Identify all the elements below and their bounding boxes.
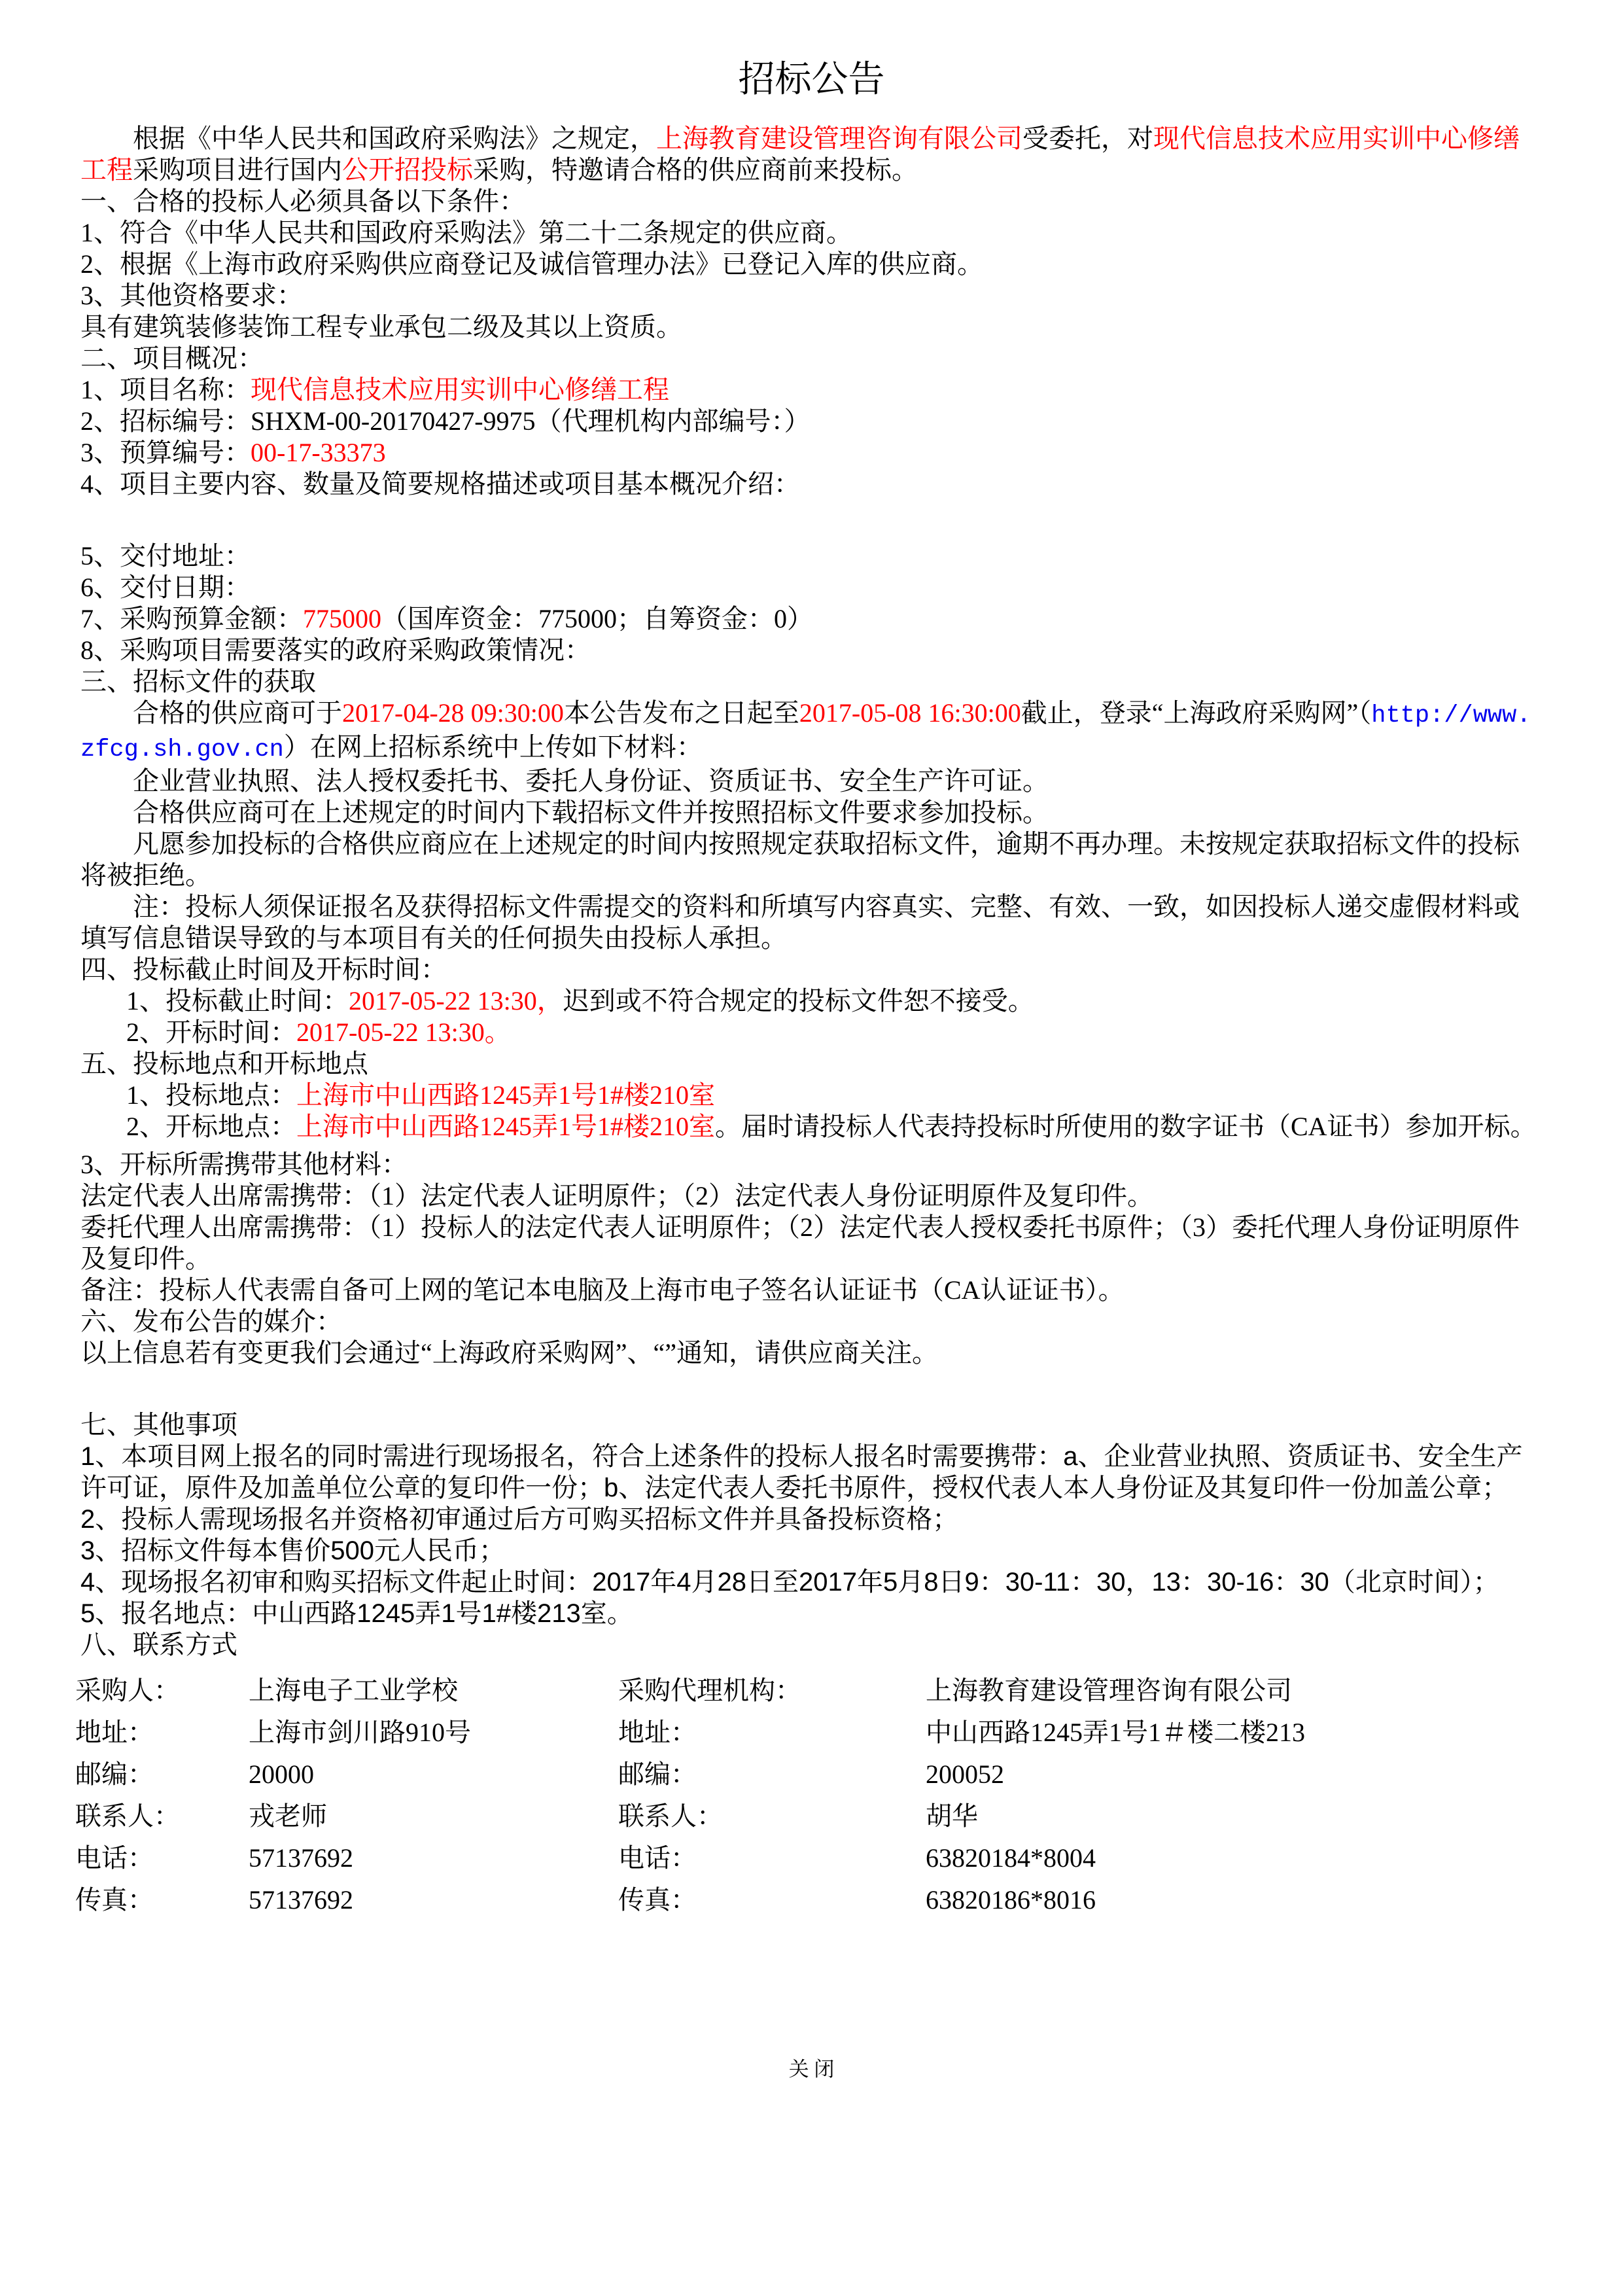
section-1-item-3-detail: 具有建筑装修装饰工程专业承包二级及其以上资质。 [80, 311, 1543, 343]
text-segment: 8、采购项目需要落实的政府采购政策情况： [80, 635, 591, 665]
text-segment: 凡愿参加投标的合格供应商应在上述规定的时间内按照规定获取招标文件，逾期不再办理。… [80, 829, 1520, 890]
text-segment: 以上信息若有变更我们会通过“上海政府采购网”、“”通知，请供应商关注。 [80, 1338, 938, 1368]
section-5-heading: 五、投标地点和开标地点 [80, 1048, 1543, 1080]
text-segment: 七、其他事项 [80, 1410, 237, 1439]
section-7-item-3: 3、招标文件每本售价500元人民币； [80, 1535, 1543, 1566]
section-3-heading: 三、招标文件的获取 [80, 666, 1543, 698]
text-segment: 3、其他资格要求： [80, 281, 303, 310]
text-segment: 5、报名地点：中山西路1245弄1号1#楼213室。 [80, 1599, 633, 1628]
contact-value: 戎老师 [249, 1795, 618, 1837]
text-segment: 合格供应商可在上述规定的时间内下载招标文件并按照招标文件要求参加投标。 [133, 798, 1049, 827]
text-segment-red: 2017-04-28 09:30:00 [342, 698, 564, 728]
close-link[interactable]: 关 闭 [789, 2058, 835, 2081]
contact-table: 采购人：上海电子工业学校采购代理机构：上海教育建设管理咨询有限公司地址：上海市剑… [75, 1670, 1543, 1921]
section-2-item-4: 4、项目主要内容、数量及简要规格描述或项目基本概况介绍： [80, 468, 1543, 500]
section-2-item-5: 5、交付地址： [80, 540, 1543, 572]
section-7-item-1: 1、本项目网上报名的同时需进行现场报名，符合上述条件的投标人报名时需要携带：a、… [80, 1441, 1543, 1504]
text-segment-red: 2017-05-22 13:30。 [296, 1017, 511, 1047]
contact-label: 传真： [618, 1879, 926, 1921]
contact-value: 上海市剑川路910号 [249, 1712, 618, 1754]
text-segment-red: 2017-05-22 13:30， [349, 986, 563, 1016]
section-8-heading: 八、联系方式 [80, 1629, 1543, 1661]
text-segment: （国库资金：775000；自筹资金：0） [381, 604, 813, 633]
text-segment: 受委托，对 [1022, 124, 1153, 153]
text-segment-red: 00-17-33373 [251, 438, 386, 467]
section-6-para: 以上信息若有变更我们会通过“上海政府采购网”、“”通知，请供应商关注。 [80, 1337, 1543, 1369]
text-segment: ）在网上招标系统中上传如下材料： [284, 732, 703, 762]
section-4-item-1: 1、投标截止时间：2017-05-22 13:30，迟到或不符合规定的投标文件恕… [80, 985, 1543, 1017]
section-3-para-2: 企业营业执照、法人授权委托书、委托人身份证、资质证书、安全生产许可证。 [80, 766, 1543, 797]
document-body: 根据《中华人民共和国政府采购法》之规定，上海教育建设管理咨询有限公司受委托，对现… [80, 123, 1543, 1661]
section-2-item-3: 3、预算编号：00-17-33373 [80, 437, 1543, 468]
text-segment: 2、根据《上海市政府采购供应商登记及诚信管理办法》已登记入库的供应商。 [80, 249, 983, 279]
section-1-item-3: 3、其他资格要求： [80, 280, 1543, 311]
section-5-item-3: 3、开标所需携带其他材料： [80, 1149, 1543, 1180]
contact-label: 联系人： [618, 1795, 926, 1837]
text-segment: 1、本项目网上报名的同时需进行现场报名，符合上述条件的投标人报名时需要携带：a、… [80, 1442, 1523, 1502]
contact-label: 采购人： [75, 1670, 249, 1712]
contact-label: 电话： [75, 1837, 249, 1879]
text-segment: 1、投标截止时间： [126, 986, 349, 1016]
text-segment: 注：投标人须保证报名及获得招标文件需提交的资料和所填写内容真实、完整、有效、一致… [80, 892, 1520, 953]
text-segment: 7、采购预算金额： [80, 604, 303, 633]
text-segment-red: 公开招投标 [342, 155, 473, 185]
section-3-para-1: 合格的供应商可于2017-04-28 09:30:00本公告发布之日起至2017… [80, 698, 1543, 766]
section-2-heading: 二、项目概况： [80, 343, 1543, 374]
text-segment: 2、开标地点： [126, 1112, 296, 1141]
section-7-item-5: 5、报名地点：中山西路1245弄1号1#楼213室。 [80, 1598, 1543, 1629]
text-segment: 3、招标文件每本售价500元人民币； [80, 1536, 505, 1565]
contact-value: 63820184*8004 [926, 1837, 1543, 1879]
tender-announcement-page: 招标公告 根据《中华人民共和国政府采购法》之规定，上海教育建设管理咨询有限公司受… [0, 0, 1623, 2296]
section-4-item-2: 2、开标时间：2017-05-22 13:30。 [80, 1017, 1543, 1048]
text-segment: 2、投标人需现场报名并资格初审通过后方可购买招标文件并具备投标资格； [80, 1505, 958, 1534]
contact-label: 邮编： [75, 1754, 249, 1795]
section-2-item-1: 1、项目名称：现代信息技术应用实训中心修缮工程 [80, 374, 1543, 406]
section-5-item-3-note: 备注：投标人代表需自备可上网的笔记本电脑及上海市电子签名认证证书（CA认证证书）… [80, 1275, 1543, 1306]
text-segment: 采购，特邀请合格的供应商前来投标。 [473, 155, 918, 185]
text-segment: 根据《中华人民共和国政府采购法》之规定， [133, 124, 656, 153]
contact-value: 上海教育建设管理咨询有限公司 [926, 1670, 1543, 1712]
text-segment: 2、开标时间： [126, 1017, 296, 1047]
footer: 关 闭 [80, 2052, 1543, 2083]
text-segment: 二、项目概况： [80, 344, 264, 373]
section-5-item-3-b: 委托代理人出席需携带：（1）投标人的法定代表人证明原件；（2）法定代表人授权委托… [80, 1212, 1543, 1275]
contact-label: 地址： [618, 1712, 926, 1754]
text-segment-red: 现代信息技术应用实训中心修缮工程 [251, 375, 669, 404]
text-segment: 3、开标所需携带其他材料： [80, 1150, 408, 1179]
text-segment-red: 上海教育建设管理咨询有限公司 [656, 124, 1022, 153]
text-segment: 企业营业执照、法人授权委托书、委托人身份证、资质证书、安全生产许可证。 [133, 766, 1049, 796]
text-segment: 法定代表人出席需携带：（1）法定代表人证明原件；（2）法定代表人身份证明原件及复… [80, 1181, 1153, 1210]
section-3-note: 注：投标人须保证报名及获得招标文件需提交的资料和所填写内容真实、完整、有效、一致… [80, 891, 1543, 954]
text-segment: 1、投标地点： [126, 1080, 296, 1110]
contact-label: 地址： [75, 1712, 249, 1754]
text-segment: 1、符合《中华人民共和国政府采购法》第二十二条规定的供应商。 [80, 218, 852, 247]
text-segment: 2、招标编号：SHXM-00-20170427-9975（代理机构内部编号：） [80, 406, 811, 436]
text-segment: 5、交付地址： [80, 541, 251, 571]
text-segment: 。届时请投标人代表持投标时所使用的数字证书（CA证书）参加开标。 [715, 1112, 1537, 1141]
section-4-heading: 四、投标截止时间及开标时间： [80, 954, 1543, 985]
text-segment: 四、投标截止时间及开标时间： [80, 955, 447, 984]
contact-label: 联系人： [75, 1795, 249, 1837]
contact-label: 传真： [75, 1879, 249, 1921]
section-1-item-1: 1、符合《中华人民共和国政府采购法》第二十二条规定的供应商。 [80, 217, 1543, 249]
text-segment-red: 上海市中山西路1245弄1号1#楼210室 [296, 1080, 715, 1110]
text-segment: 4、项目主要内容、数量及简要规格描述或项目基本概况介绍： [80, 469, 800, 499]
text-segment-red: 上海市中山西路1245弄1号1#楼210室 [296, 1112, 715, 1141]
section-5-item-2: 2、开标地点：上海市中山西路1245弄1号1#楼210室。届时请投标人代表持投标… [80, 1111, 1543, 1142]
text-segment: 六、发布公告的媒介： [80, 1307, 342, 1336]
text-segment: 采购项目进行国内 [133, 155, 342, 185]
text-segment-red: 2017-05-08 16:30:00 [799, 698, 1021, 728]
section-3-para-3: 合格供应商可在上述规定的时间内下载招标文件并按照招标文件要求参加投标。 [80, 797, 1543, 828]
text-segment: 1、项目名称： [80, 375, 251, 404]
text-segment: 一、合格的投标人必须具备以下条件： [80, 186, 525, 216]
section-5-item-3-a: 法定代表人出席需携带：（1）法定代表人证明原件；（2）法定代表人身份证明原件及复… [80, 1180, 1543, 1212]
text-segment: 委托代理人出席需携带：（1）投标人的法定代表人证明原件；（2）法定代表人授权委托… [80, 1212, 1520, 1273]
text-segment: 八、联系方式 [80, 1630, 237, 1659]
contact-value: 57137692 [249, 1837, 618, 1879]
contact-value: 20000 [249, 1754, 618, 1795]
page-title: 招标公告 [80, 59, 1543, 101]
section-2-item-7: 7、采购预算金额：775000（国库资金：775000；自筹资金：0） [80, 603, 1543, 635]
section-7-item-4: 4、现场报名初审和购买招标文件起止时间：2017年4月28日至2017年5月8日… [80, 1566, 1543, 1598]
text-segment: 备注：投标人代表需自备可上网的笔记本电脑及上海市电子签名认证证书（CA认证证书）… [80, 1275, 1125, 1305]
contact-value: 63820186*8016 [926, 1879, 1543, 1921]
intro-paragraph: 根据《中华人民共和国政府采购法》之规定，上海教育建设管理咨询有限公司受委托，对现… [80, 123, 1543, 186]
section-2-item-6: 6、交付日期： [80, 572, 1543, 603]
section-7-item-2: 2、投标人需现场报名并资格初审通过后方可购买招标文件并具备投标资格； [80, 1504, 1543, 1535]
section-1-heading: 一、合格的投标人必须具备以下条件： [80, 186, 1543, 217]
text-segment: 6、交付日期： [80, 573, 251, 602]
text-segment: 截止，登录“上海政府采购网”（ [1021, 698, 1372, 728]
contact-value: 胡华 [926, 1795, 1543, 1837]
text-segment: 迟到或不符合规定的投标文件恕不接受。 [563, 986, 1034, 1016]
section-2-item-2: 2、招标编号：SHXM-00-20170427-9975（代理机构内部编号：） [80, 406, 1543, 437]
contact-label: 邮编： [618, 1754, 926, 1795]
text-segment: 具有建筑装修装饰工程专业承包二级及其以上资质。 [80, 312, 682, 342]
section-3-para-4: 凡愿参加投标的合格供应商应在上述规定的时间内按照规定获取招标文件，逾期不再办理。… [80, 828, 1543, 891]
contact-label: 采购代理机构： [618, 1670, 926, 1712]
contact-value: 中山西路1245弄1号1＃楼二楼213 [926, 1712, 1543, 1754]
text-segment: 3、预算编号： [80, 438, 251, 467]
contact-value: 57137692 [249, 1879, 618, 1921]
section-5-item-1: 1、投标地点：上海市中山西路1245弄1号1#楼210室 [80, 1080, 1543, 1111]
contact-value: 上海电子工业学校 [249, 1670, 618, 1712]
text-segment-red: 775000 [303, 604, 381, 633]
section-1-item-2: 2、根据《上海市政府采购供应商登记及诚信管理办法》已登记入库的供应商。 [80, 249, 1543, 280]
section-2-item-8: 8、采购项目需要落实的政府采购政策情况： [80, 635, 1543, 666]
text-segment: 合格的供应商可于 [133, 698, 342, 728]
section-6-heading: 六、发布公告的媒介： [80, 1306, 1543, 1337]
text-segment: 三、招标文件的获取 [80, 667, 316, 696]
text-segment: 本公告发布之日起至 [564, 698, 799, 728]
contact-value: 200052 [926, 1754, 1543, 1795]
section-7-heading: 七、其他事项 [80, 1409, 1543, 1441]
text-segment: 五、投标地点和开标地点 [80, 1049, 368, 1078]
contact-label: 电话： [618, 1837, 926, 1879]
text-segment: 4、现场报名初审和购买招标文件起止时间：2017年4月28日至2017年5月8日… [80, 1568, 1499, 1597]
